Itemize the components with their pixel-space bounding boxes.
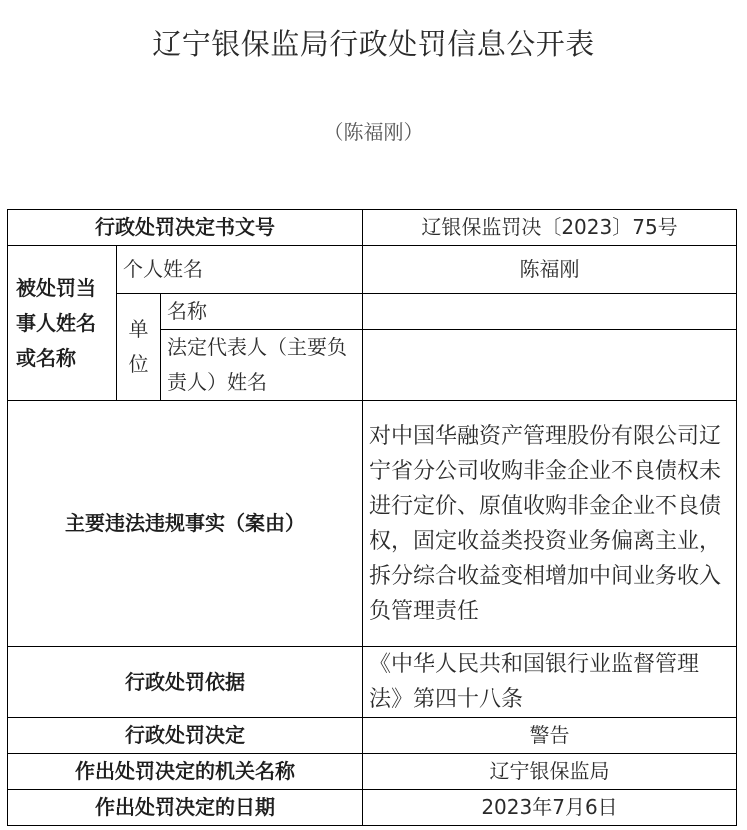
- row-decision: 行政处罚决定 警告: [8, 718, 737, 754]
- individual-name-value: 陈福刚: [363, 246, 737, 294]
- row-basis: 行政处罚依据 《中华人民共和国银行业监督管理法》第四十八条: [8, 647, 737, 718]
- individual-name-label: 个人姓名: [117, 246, 363, 294]
- page-title: 辽宁银保监局行政处罚信息公开表: [0, 22, 747, 63]
- date-value: 2023年7月6日: [363, 790, 737, 826]
- row-unit-name: 单位 名称: [8, 294, 737, 330]
- legal-rep-label: 法定代表人（主要负责人）姓名: [161, 330, 363, 401]
- decision-number-value: 辽银保监罚决〔2023〕75号: [363, 210, 737, 246]
- authority-value: 辽宁银保监局: [363, 754, 737, 790]
- row-decision-number: 行政处罚决定书文号 辽银保监罚决〔2023〕75号: [8, 210, 737, 246]
- unit-name-value: [363, 294, 737, 330]
- decision-value: 警告: [363, 718, 737, 754]
- party-label: 被处罚当事人姓名或名称: [8, 246, 117, 401]
- row-facts: 主要违法违规事实（案由） 对中国华融资产管理股份有限公司辽宁省分公司收购非金企业…: [8, 401, 737, 647]
- date-label: 作出处罚决定的日期: [8, 790, 363, 826]
- legal-rep-value: [363, 330, 737, 401]
- row-individual: 被处罚当事人姓名或名称 个人姓名 陈福刚: [8, 246, 737, 294]
- page-subtitle: （陈福刚）: [0, 116, 747, 145]
- facts-value: 对中国华融资产管理股份有限公司辽宁省分公司收购非金企业不良债权未进行定价、原值收…: [363, 401, 737, 647]
- decision-label: 行政处罚决定: [8, 718, 363, 754]
- authority-label: 作出处罚决定的机关名称: [8, 754, 363, 790]
- row-date: 作出处罚决定的日期 2023年7月6日: [8, 790, 737, 826]
- unit-label: 单位: [117, 294, 161, 401]
- decision-number-label: 行政处罚决定书文号: [8, 210, 363, 246]
- facts-label: 主要违法违规事实（案由）: [8, 401, 363, 647]
- basis-value: 《中华人民共和国银行业监督管理法》第四十八条: [363, 647, 737, 718]
- unit-label-text: 单位: [128, 312, 150, 382]
- basis-label: 行政处罚依据: [8, 647, 363, 718]
- unit-name-label: 名称: [161, 294, 363, 330]
- penalty-info-table: 行政处罚决定书文号 辽银保监罚决〔2023〕75号 被处罚当事人姓名或名称 个人…: [7, 209, 737, 826]
- row-authority: 作出处罚决定的机关名称 辽宁银保监局: [8, 754, 737, 790]
